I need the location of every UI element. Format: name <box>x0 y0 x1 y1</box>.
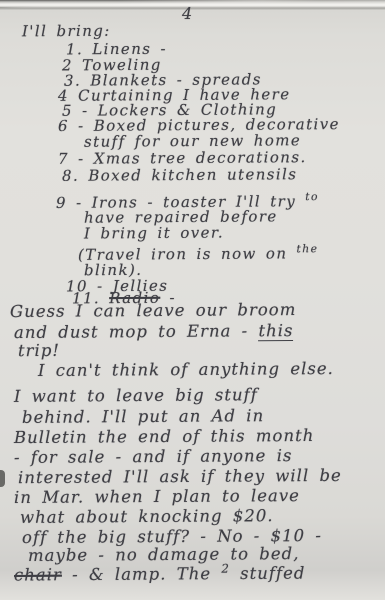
handwritten-text: what about knocking $20. <box>20 506 274 527</box>
handwritten-text: 2 <box>221 562 230 576</box>
scan-edge-mark <box>0 470 5 487</box>
handwritten-text: - & lamp. The <box>62 564 222 584</box>
handwritten-text: - for sale - and if anyone is <box>14 446 293 467</box>
page-number: 4 <box>182 4 192 23</box>
handwritten-line: I want to leave big stuff <box>14 385 258 406</box>
handwritten-text: I bring it over. <box>84 224 224 243</box>
handwritten-text: trip! <box>18 341 60 360</box>
handwritten-line: what about knocking $20. <box>20 506 274 527</box>
handwritten-line: and dust mop to Erna - this <box>14 321 294 342</box>
handwritten-text: and dust mop to Erna - <box>14 321 259 342</box>
scan-top-edge-shadow <box>0 0 262 8</box>
handwritten-line: interested I'll ask if they will be <box>18 466 342 487</box>
handwritten-line: - for sale - and if anyone is <box>14 446 293 467</box>
handwritten-line: trip! <box>18 341 60 360</box>
handwritten-text: I want to leave big stuff <box>14 385 258 406</box>
handwritten-line: I bring it over. <box>84 224 224 243</box>
handwritten-line: I'll bring: <box>22 22 111 41</box>
scan-top-edge-shadow-right <box>245 0 385 5</box>
handwritten-line: 8. Boxed kitchen utensils <box>62 165 297 185</box>
handwritten-text: I can't think of anything else. <box>38 359 334 380</box>
struck-word: chair <box>14 565 62 584</box>
handwritten-text: behind. I'll put an Ad in <box>22 406 264 427</box>
handwritten-text: 8. Boxed kitchen utensils <box>62 165 297 185</box>
handwritten-text: to <box>305 190 319 203</box>
scanned-letter-page: 4 I'll bring:1. Linens -2 Toweling3. Bla… <box>0 0 385 600</box>
handwritten-line: in Mar. when I plan to leave <box>14 486 300 507</box>
handwritten-line: Guess I can leave our broom <box>10 300 296 321</box>
handwritten-text: interested I'll ask if they will be <box>18 466 342 487</box>
handwritten-text: in Mar. when I plan to leave <box>14 486 300 507</box>
handwritten-text: the <box>296 242 318 255</box>
handwritten-text: Bulletin the end of this month <box>14 426 314 447</box>
handwritten-line: behind. I'll put an Ad in <box>22 406 264 427</box>
handwritten-text: I'll bring: <box>22 22 111 41</box>
underlined-word: this <box>258 321 293 341</box>
handwritten-line: I can't think of anything else. <box>38 359 334 380</box>
handwritten-text: stuffed <box>230 563 306 583</box>
handwritten-line: chair - & lamp. The 2 stuffed <box>14 561 306 585</box>
handwritten-text: Guess I can leave our broom <box>10 300 296 321</box>
handwritten-line: Bulletin the end of this month <box>14 426 314 447</box>
